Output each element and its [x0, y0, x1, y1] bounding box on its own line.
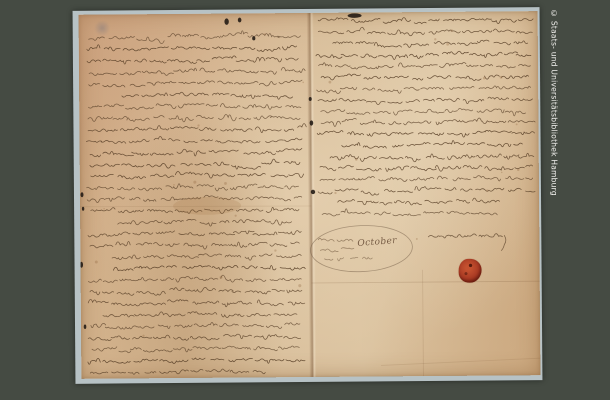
- copyright-notice: © Staats- und Universitätsbibliothek Ham…: [550, 9, 558, 196]
- foxing-specks: [93, 29, 521, 338]
- smudge-stain: [173, 197, 241, 216]
- letter-sheet: October: [79, 11, 541, 379]
- signature-handwriting: [428, 234, 506, 251]
- page-background: October © Staats- und Universitätsbiblio…: [0, 0, 610, 400]
- manuscript-photo: October: [73, 7, 543, 384]
- ink-spots: [79, 13, 364, 329]
- handwriting-overlay: [79, 11, 541, 379]
- right-page-handwriting: [316, 16, 536, 216]
